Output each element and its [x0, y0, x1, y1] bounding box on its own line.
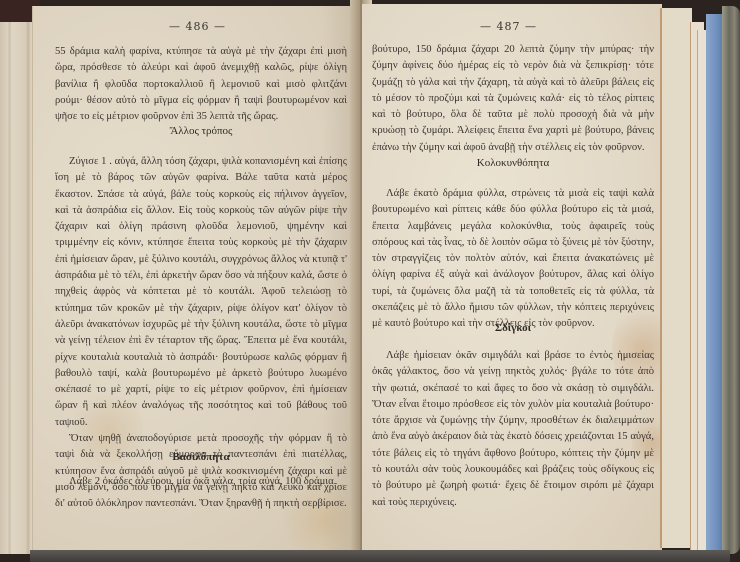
left-page-intro-text: 55 δράμια καλὴ φαρίνα, κτύπησε τὰ αὐγὰ μ…: [55, 44, 347, 125]
page-number-left: — 486 —: [169, 20, 226, 33]
left-page: — 486 — 55 δράμια καλὴ φαρίνα, κτύπησε τ…: [32, 6, 362, 556]
right-page-intro-text: βούτυρο, 150 δράμια ζάχαρι 20 λεπτὰ ζύμη…: [372, 42, 654, 156]
section-title-sdigkoi: Σδίγκοι: [372, 322, 654, 334]
right-page-section-1-text: Λάβε ἑκατὸ δράμια φύλλα, στρώνεις τὰ μισ…: [372, 186, 654, 333]
marbled-cover-board: [722, 6, 740, 554]
page-number-right: — 487 —: [480, 20, 537, 33]
section-title-kolokynthopita: Κολοκυνθόπητα: [372, 157, 654, 169]
paragraph: Λάβε ἑκατὸ δράμια φύλλα, στρώνεις τὰ μισ…: [372, 186, 654, 333]
paragraph: Ὅταν ψηθῇ ἀναποδογύρισε μετὰ προσοχῆς τὴ…: [55, 431, 347, 512]
paragraph: βούτυρο, 150 δράμια ζάχαρι 20 λεπτὰ ζύμη…: [372, 42, 654, 156]
right-page: — 487 — βούτυρο, 150 δράμια ζάχαρι 20 λε…: [362, 4, 662, 552]
page-leaf-edge: [660, 8, 692, 548]
paragraph: Ζύγισε 1 . αὐγά, ἄλλη τόση ζάχαρι, ψιλὰ …: [55, 154, 347, 431]
book-photo: — 486 — 55 δράμια καλὴ φαρίνα, κτύπησε τ…: [0, 0, 740, 562]
book-bottom-edge: [30, 550, 730, 562]
paragraph: 55 δράμια καλὴ φαρίνα, κτύπησε τὰ αὐγὰ μ…: [55, 44, 347, 125]
right-page-section-2-text: Λάβε ἡμίσειαν ὀκᾶν σιμιγδάλι καὶ βράσε τ…: [372, 348, 654, 511]
section-title-vasilopita: Βασιλόπητα: [55, 451, 347, 463]
left-page-section-2-text: Λάβε 2 ὀκάδες ἀλεύρου, μία ὀκᾶ γάλα, τρί…: [55, 474, 347, 490]
paragraph: Λάβε ἡμίσειαν ὀκᾶν σιμιγδάλι καὶ βράσε τ…: [372, 348, 654, 511]
section-title-allos-tropos: Ἄλλος τρόπος: [55, 125, 347, 137]
paragraph: Λάβε 2 ὀκάδες ἀλεύρου, μία ὀκᾶ γάλα, τρί…: [55, 474, 347, 490]
left-page-stack-edges: [0, 22, 34, 554]
